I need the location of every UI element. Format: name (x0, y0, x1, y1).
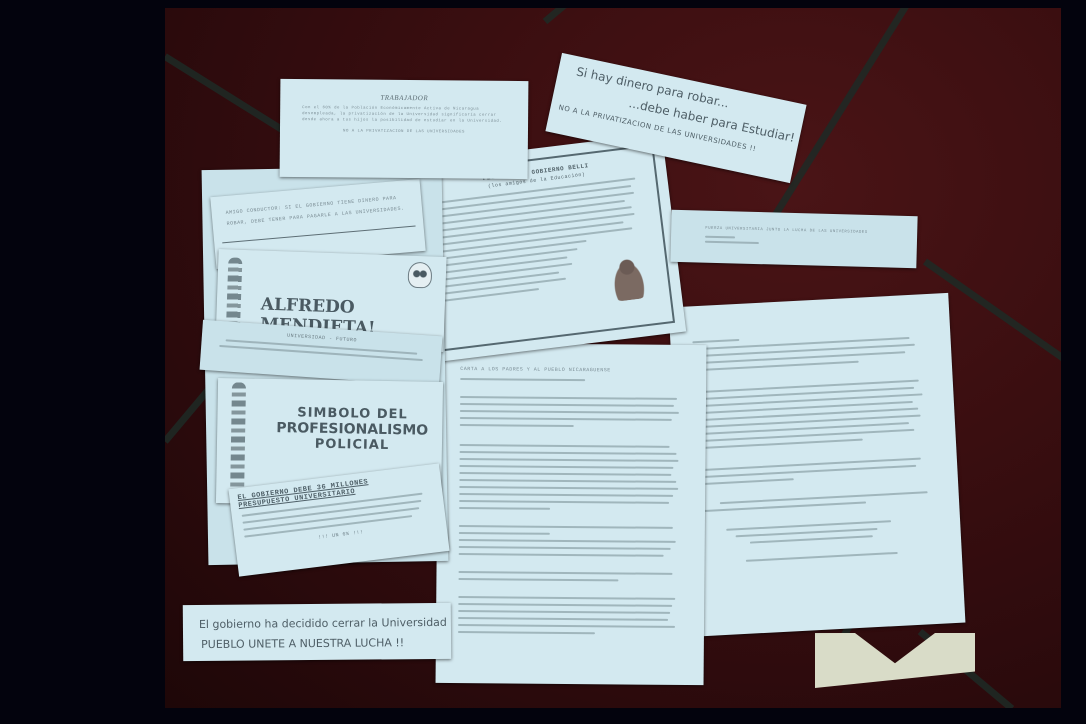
strip-right-body: FUERZA UNIVERSITARIA JUNTO LA LUCHA DE L… (671, 210, 917, 238)
photo-frame: NO A LA PRIVATIZACION CARTA A LOS PADRES… (165, 8, 1061, 708)
trabajador-body: Con el 60% de la Población Económicament… (280, 101, 528, 125)
skull-icon (407, 262, 432, 289)
cerrar-line1: El gobierno ha decidido cerrar la Univer… (199, 616, 447, 631)
letter-right: NO A LA PRIVATIZACION (669, 293, 966, 637)
fuerza-universitaria-strip: FUERZA UNIVERSITARIA JUNTO LA LUCHA DE L… (670, 210, 917, 268)
simbolo-line2: PROFESIONALISMO (267, 420, 437, 439)
light-tile (815, 633, 975, 688)
letter-center: CARTA A LOS PADRES Y AL PUEBLO NICARAGUE… (436, 343, 707, 685)
trabajador-slogan: NO A LA PRIVATIZACION DE LAS UNIVERSIDAD… (280, 123, 528, 137)
child-illustration-icon (607, 254, 650, 302)
trabajador-title: TRABAJADOR (280, 79, 528, 103)
letter-center-greeting: CARTA A LOS PADRES Y AL PUEBLO NICARAGUE… (460, 365, 688, 375)
vine-ornament-icon (230, 382, 246, 494)
simbolo-line3: POLICIAL (267, 436, 437, 454)
trabajador-flyer: TRABAJADOR Con el 60% de la Población Ec… (280, 79, 529, 179)
tile-grout-line (543, 8, 701, 24)
cerrar-universidad-strip: El gobierno ha decidido cerrar la Univer… (183, 603, 451, 661)
cerrar-line2: PUEBLO UNETE A NUESTRA LUCHA !! (201, 636, 404, 651)
